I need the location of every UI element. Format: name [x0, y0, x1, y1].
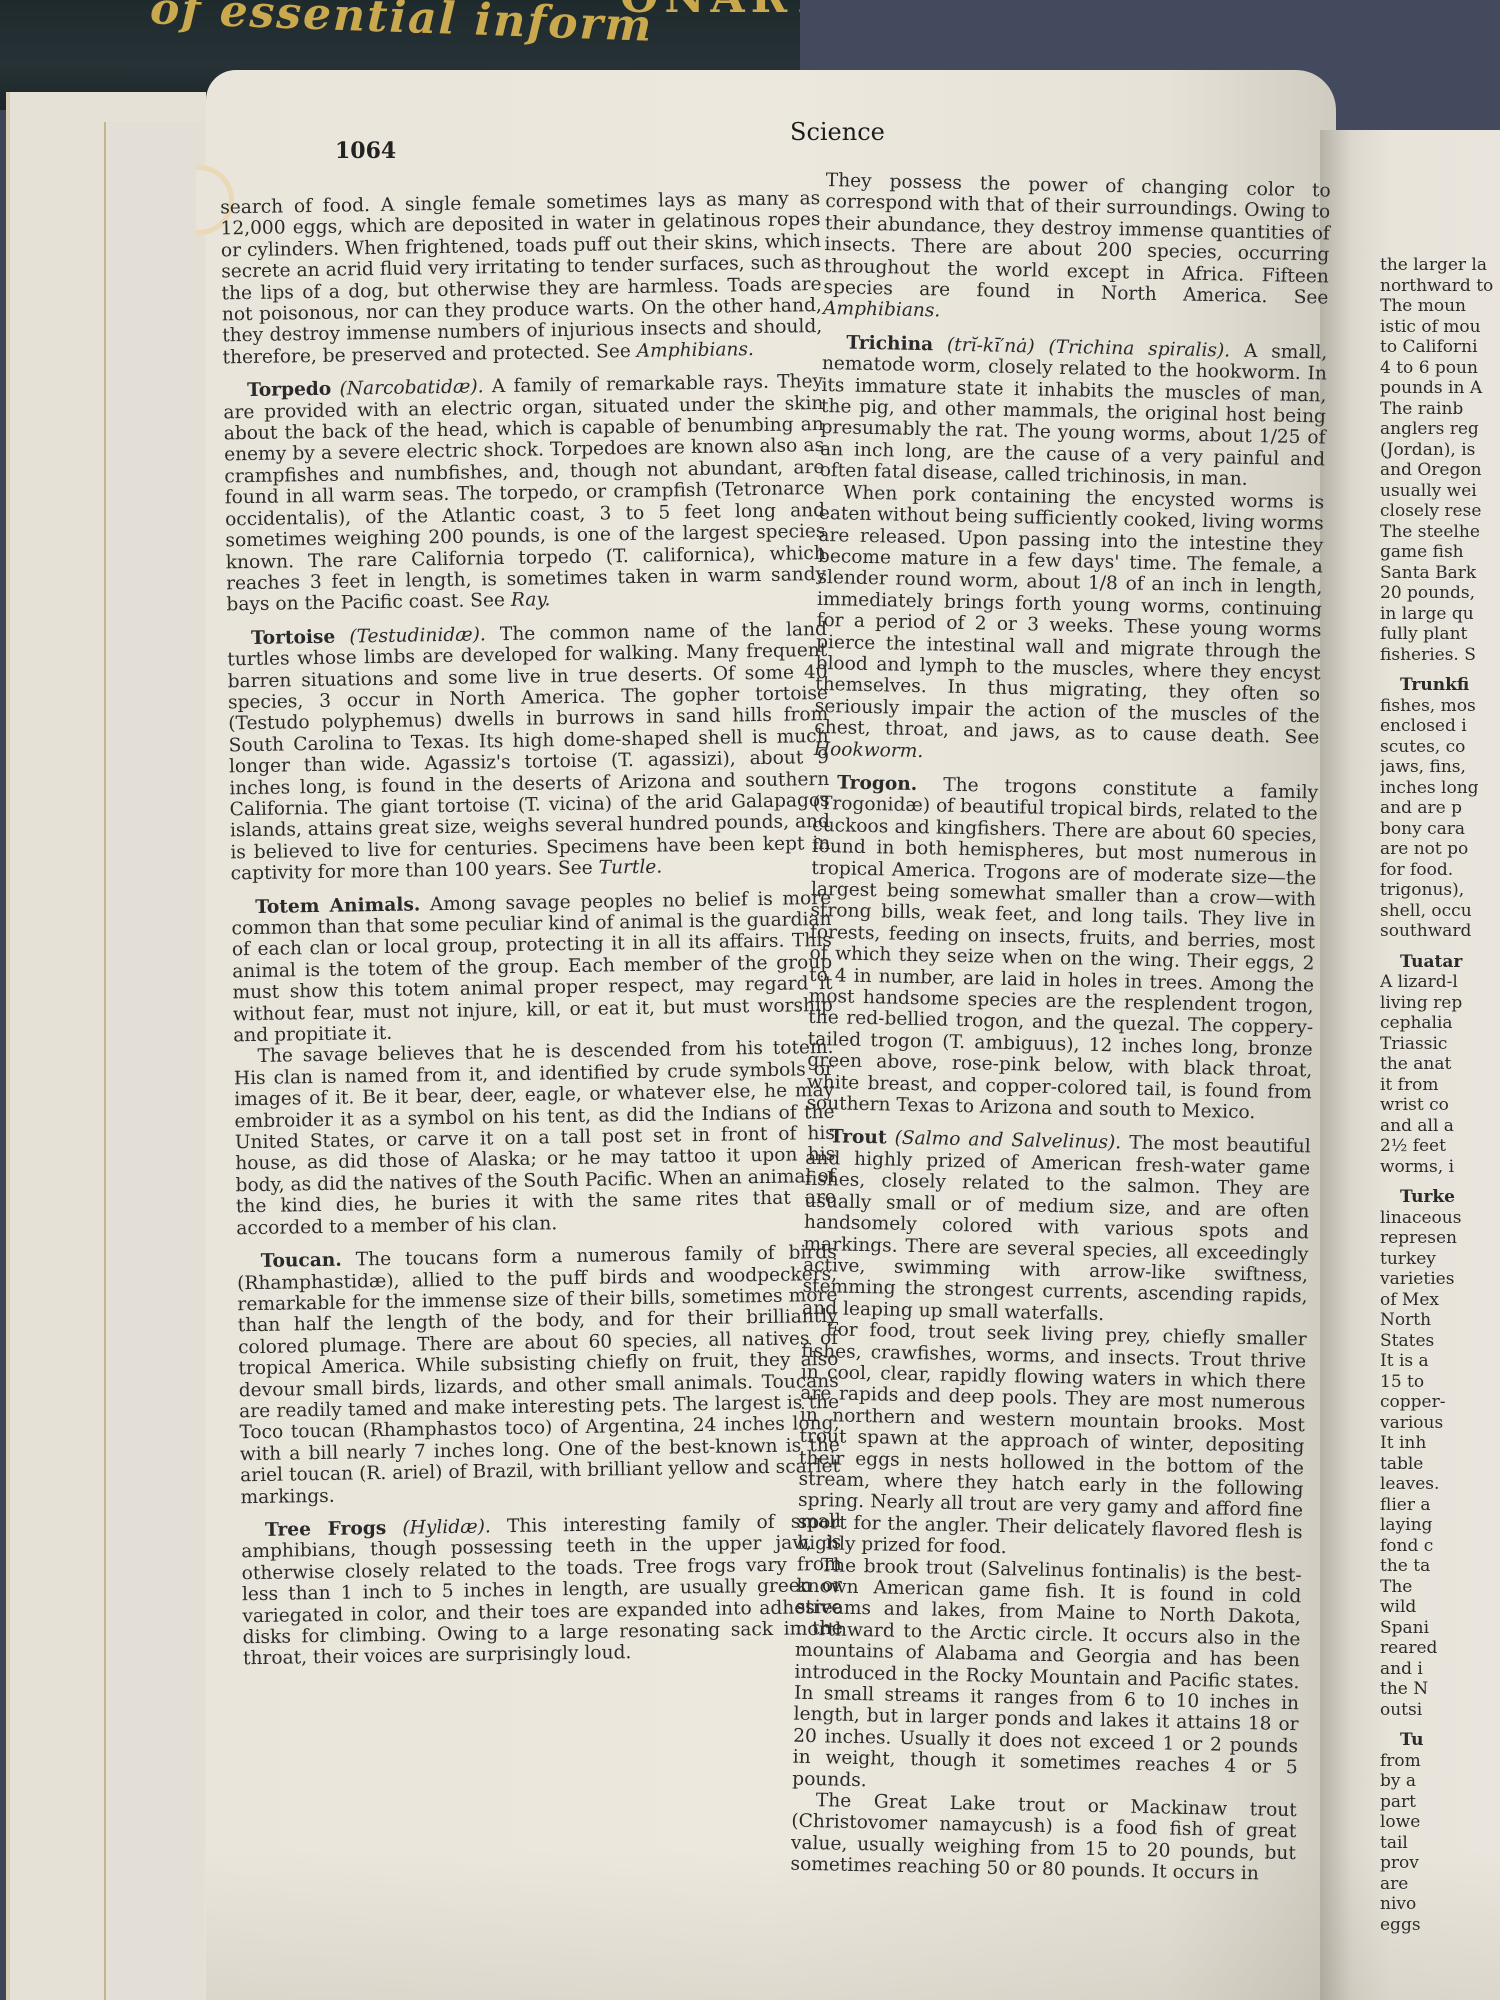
edge-line: It inh — [1380, 1433, 1500, 1454]
edge-line: jaws, fins, — [1380, 757, 1500, 778]
entry-trout-para4: The Great Lake trout or Mackinaw trout (… — [790, 1790, 1297, 1886]
cover-subtitle: of essential inform — [149, 0, 654, 52]
edge-line: fisheries. S — [1380, 645, 1500, 666]
edge-line: turkey — [1380, 1249, 1500, 1270]
edge-line: northward to — [1380, 276, 1500, 297]
edge-line: fully plant — [1380, 624, 1500, 645]
edge-line: in large qu — [1380, 604, 1500, 625]
edge-line: The moun — [1380, 296, 1500, 317]
headword-turkey: Turke — [1380, 1187, 1500, 1208]
edge-line: shell, occu — [1380, 901, 1500, 922]
edge-line: it from — [1380, 1075, 1500, 1096]
cross-reference[interactable]: Amphibians. — [636, 339, 754, 362]
entry-trout: Trout (Salmo and Salvelinus). The most b… — [802, 1126, 1311, 1329]
entry-torpedo: Torpedo (Narcobatidæ). A family of remar… — [223, 371, 827, 616]
edge-line: game fish — [1380, 542, 1500, 563]
left-column: search of food. A single female sometime… — [220, 188, 843, 1682]
edge-line: eggs — [1380, 1915, 1500, 1936]
edge-line: and are p — [1380, 798, 1500, 819]
edge-line: anglers reg — [1380, 419, 1500, 440]
edge-line: Santa Bark — [1380, 563, 1500, 584]
edge-line: North — [1380, 1310, 1500, 1331]
edge-line: by a — [1380, 1771, 1500, 1792]
cross-reference[interactable]: Ray. — [511, 590, 551, 612]
edge-lines-a: the larger lanorthward to The mounistic … — [1380, 255, 1500, 665]
edge-line: 20 pounds, — [1380, 583, 1500, 604]
edge-line: Spani — [1380, 1618, 1500, 1639]
edge-line: for food. — [1380, 860, 1500, 881]
entry-tree-toads-continued: They possess the power of changing color… — [823, 170, 1331, 330]
edge-line: A lizard-l — [1380, 972, 1500, 993]
edge-lines-b: fishes, mosenclosed iscutes, cojaws, fin… — [1380, 696, 1500, 942]
edge-line: Triassic — [1380, 1034, 1500, 1055]
edge-line: pounds in A — [1380, 378, 1500, 399]
edge-line: States — [1380, 1331, 1500, 1352]
edge-line: wrist co — [1380, 1095, 1500, 1116]
entry-trogon: Trogon. The trogons constitute a family … — [806, 772, 1318, 1125]
entry-trichina-para2: When pork containing the encysted worms … — [814, 482, 1325, 771]
edge-line: bony cara — [1380, 819, 1500, 840]
edge-line: flier a — [1380, 1495, 1500, 1516]
edge-line: reared — [1380, 1638, 1500, 1659]
taxon: (Testudinidæ). — [349, 624, 486, 647]
edge-line: worms, i — [1380, 1157, 1500, 1178]
headword-tu: Tu — [1380, 1730, 1500, 1751]
facing-page-column: the larger lanorthward to The mounistic … — [1380, 255, 1500, 1935]
edge-line: 15 to — [1380, 1372, 1500, 1393]
edge-line: nivo — [1380, 1894, 1500, 1915]
entry-trout-para2: For food, trout seek living prey, chiefl… — [797, 1319, 1307, 1565]
headword: Tortoise — [251, 626, 336, 648]
edge-line: are — [1380, 1874, 1500, 1895]
edge-line: table — [1380, 1454, 1500, 1475]
edge-line: various — [1380, 1413, 1500, 1434]
entry-totem-animals: Totem Animals. Among savage peoples no b… — [231, 888, 833, 1047]
headword-tuatara: Tuatar — [1380, 952, 1500, 973]
right-column: They possess the power of changing color… — [790, 170, 1331, 1886]
edge-line: fishes, mos — [1380, 696, 1500, 717]
edge-line: The rainb — [1380, 399, 1500, 420]
headword-trunkfish: Trunkfi — [1380, 675, 1500, 696]
edge-line: usually wei — [1380, 481, 1500, 502]
pronunciation: (trĭ-kī′nȧ) — [947, 334, 1035, 357]
edge-line: cephalia — [1380, 1013, 1500, 1034]
edge-line: the N — [1380, 1679, 1500, 1700]
edge-line: are not po — [1380, 839, 1500, 860]
edge-line: of Mex — [1380, 1290, 1500, 1311]
edge-line: enclosed i — [1380, 716, 1500, 737]
edge-line: outsi — [1380, 1700, 1500, 1721]
edge-line: to Californi — [1380, 337, 1500, 358]
headword: Trogon. — [837, 772, 918, 795]
entry-toads-continued: search of food. A single female sometime… — [220, 188, 823, 369]
edge-line: The — [1380, 1577, 1500, 1598]
edge-lines-d: linaceousrepresenturkeyvarietiesof MexNo… — [1380, 1208, 1500, 1721]
edge-line: and i — [1380, 1659, 1500, 1680]
edge-line: fond c — [1380, 1536, 1500, 1557]
headword: Tree Frogs — [265, 1518, 387, 1541]
edge-lines-c: A lizard-lliving repcephaliaTriassicthe … — [1380, 972, 1500, 1177]
taxon: (Narcobatidæ). — [339, 377, 483, 400]
edge-line: inches long — [1380, 778, 1500, 799]
edge-line: and all a — [1380, 1116, 1500, 1137]
edge-line: 4 to 6 poun — [1380, 358, 1500, 379]
taxon: (Hylidæ). — [402, 1516, 491, 1538]
edge-line: lowe — [1380, 1812, 1500, 1833]
cross-reference[interactable]: Amphibians. — [823, 298, 941, 321]
entry-trout-para3: The brook trout (Salvelinus fontinalis) … — [792, 1554, 1302, 1800]
edge-line: laying — [1380, 1515, 1500, 1536]
cross-reference[interactable]: Turtle. — [598, 857, 662, 879]
edge-line: The steelhe — [1380, 522, 1500, 543]
entry-totem-animals-para2: The savage believes that he is descended… — [233, 1037, 836, 1239]
headword: Torpedo — [247, 379, 331, 401]
edge-line: istic of mou — [1380, 317, 1500, 338]
edge-line: varieties — [1380, 1269, 1500, 1290]
edge-line: trigonus), — [1380, 880, 1500, 901]
edge-line: leaves. — [1380, 1474, 1500, 1495]
edge-line: the larger la — [1380, 255, 1500, 276]
edge-line: closely rese — [1380, 501, 1500, 522]
running-head: Science — [790, 118, 885, 146]
edge-line: wild — [1380, 1597, 1500, 1618]
edge-line: It is a — [1380, 1351, 1500, 1372]
edge-line: represen — [1380, 1228, 1500, 1249]
edge-line: copper- — [1380, 1392, 1500, 1413]
headword: Totem Animals. — [255, 894, 420, 918]
entry-tree-frogs: Tree Frogs (Hylidæ). This interesting fa… — [241, 1511, 843, 1670]
page-number: 1064 — [335, 138, 396, 164]
edge-line: southward — [1380, 921, 1500, 942]
edge-line: the anat — [1380, 1054, 1500, 1075]
edge-line: 2½ feet — [1380, 1136, 1500, 1157]
edge-line: living rep — [1380, 993, 1500, 1014]
edge-line: and Oregon — [1380, 460, 1500, 481]
edge-line: (Jordan), is — [1380, 440, 1500, 461]
headword: Trichina — [846, 332, 933, 355]
entry-toucan: Toucan. The toucans form a numerous fami… — [237, 1242, 841, 1508]
edge-lines-e: fromby apartlowetailprovarenivoeggs — [1380, 1751, 1500, 1936]
edge-line: prov — [1380, 1853, 1500, 1874]
underlying-page-inner — [104, 122, 204, 2000]
edge-line: scutes, co — [1380, 737, 1500, 758]
edge-line: the ta — [1380, 1556, 1500, 1577]
headword: Toucan. — [261, 1250, 342, 1272]
edge-line: linaceous — [1380, 1208, 1500, 1229]
headword: Trout — [830, 1127, 887, 1149]
entry-tortoise: Tortoise (Testudinidæ). The common name … — [227, 619, 831, 885]
edge-line: from — [1380, 1751, 1500, 1772]
cross-reference[interactable]: Hookworm. — [814, 738, 924, 761]
edge-line: part — [1380, 1792, 1500, 1813]
entry-trichina: Trichina (trĭ-kī′nȧ) (Trichina spiralis)… — [819, 332, 1327, 492]
edge-line: tail — [1380, 1833, 1500, 1854]
